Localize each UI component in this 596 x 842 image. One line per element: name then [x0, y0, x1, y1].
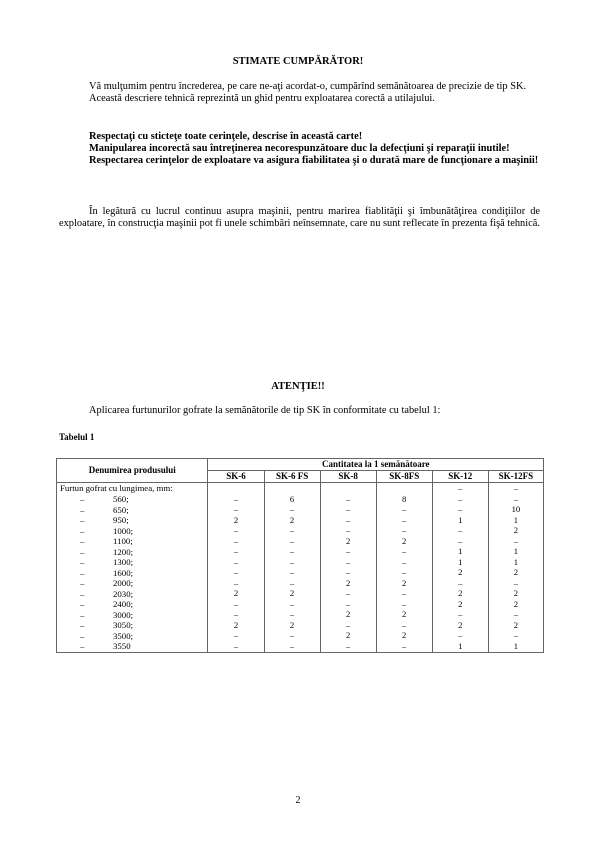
quantity-cell: 1 — [433, 515, 488, 526]
quantity-cell: – — [321, 504, 376, 515]
quantity-cell: – — [321, 546, 376, 557]
quantity-cell: 2 — [489, 599, 543, 610]
quantity-cell: 1 — [489, 515, 543, 526]
quantity-cell: – — [265, 599, 320, 610]
quantity-cell: 2 — [433, 588, 488, 599]
quantity-cell: – — [265, 557, 320, 568]
product-length-row: –1600; — [60, 568, 207, 579]
quantity-cell: 10 — [489, 504, 543, 515]
quantity-cell: – — [321, 557, 376, 568]
model-column-header: SK-12 — [432, 471, 488, 483]
quantity-cell: 1 — [433, 557, 488, 568]
quantity-cell: – — [265, 525, 320, 536]
warnings-section: Respectaţi cu sticteţe toate cerinţele, … — [59, 131, 540, 168]
quantity-cell: 2 — [377, 609, 432, 620]
attention-text: Aplicarea furtunurilor gofrate la semănă… — [59, 405, 540, 417]
model-column-header: SK-12FS — [488, 471, 543, 483]
quantity-column: ––––2–––2––2–2– — [320, 483, 376, 653]
quantity-cell: 1 — [489, 557, 543, 568]
quantity-cell: – — [265, 578, 320, 589]
quantity-cell: – — [321, 620, 376, 631]
quantity-cell: – — [265, 630, 320, 641]
quantity-cell: 1 — [489, 546, 543, 557]
product-length-row: –650; — [60, 505, 207, 516]
warning-paragraph: Manipularea incorectă sau întreţinerea n… — [59, 143, 540, 155]
quantity-cell: 2 — [321, 630, 376, 641]
quantity-cell: – — [265, 536, 320, 547]
quantity-cell: 2 — [489, 525, 543, 536]
hose-table: Denumirea produsului Cantitatea la 1 sem… — [56, 458, 544, 653]
quantity-cell: – — [377, 567, 432, 578]
quantity-cell: – — [208, 578, 263, 589]
quantity-cell: – — [433, 609, 488, 620]
quantity-cell: – — [377, 515, 432, 526]
quantity-cell: 2 — [489, 620, 543, 631]
warning-paragraph: Respectaţi cu sticteţe toate cerinţele, … — [59, 131, 540, 143]
quantity-cell: – — [377, 557, 432, 568]
quantity-cell: – — [489, 483, 543, 494]
quantity-column: ––1012–112–22–2–1 — [488, 483, 543, 653]
quantity-cell: – — [489, 630, 543, 641]
quantity-cell: – — [208, 599, 263, 610]
quantity-cell: 2 — [265, 588, 320, 599]
document-page: STIMATE CUMPĂRĂTOR! Vă mulţumim pentru î… — [0, 0, 596, 842]
product-length-row: –3050; — [60, 620, 207, 631]
quantity-cell: 2 — [321, 578, 376, 589]
quantity-cell: – — [321, 494, 376, 505]
quantity-cell: 2 — [377, 630, 432, 641]
product-length-row: –2400; — [60, 599, 207, 610]
quantity-cell: – — [321, 515, 376, 526]
quantity-cell: – — [208, 609, 263, 620]
quantity-cell: – — [433, 494, 488, 505]
quantity-cell: – — [321, 641, 376, 652]
attention-title: ATENŢIE!! — [0, 381, 596, 392]
warning-paragraph: Respectarea cerinţelor de exploatare va … — [59, 155, 540, 167]
notice-paragraph: În legătură cu lucrul continuu asupra ma… — [59, 206, 540, 230]
quantity-cell: – — [208, 567, 263, 578]
quantity-cell: – — [208, 557, 263, 568]
quantity-column: 8–––2–––2––2–2– — [376, 483, 432, 653]
quantity-cell: 2 — [265, 620, 320, 631]
quantity-cell: – — [321, 567, 376, 578]
quantity-cell: 2 — [433, 620, 488, 631]
quantity-cell: 2 — [489, 567, 543, 578]
quantity-cell: – — [433, 578, 488, 589]
quantity-cell: – — [377, 588, 432, 599]
quantity-cell: – — [265, 609, 320, 620]
page-number: 2 — [0, 795, 596, 806]
quantity-cell: – — [489, 578, 543, 589]
quantity-cell: – — [208, 504, 263, 515]
quantity-cell: 2 — [377, 578, 432, 589]
quantity-cell: – — [433, 536, 488, 547]
quantity-cell: 2 — [208, 515, 263, 526]
product-length-row: –3550 — [60, 641, 207, 652]
intro-paragraph: Această descriere tehnică reprezintă un … — [59, 93, 540, 105]
notice-section: În legătură cu lucrul continuu asupra ma… — [59, 206, 540, 230]
quantity-column: 6–2––––––2––2–– — [264, 483, 320, 653]
quantity-cell: – — [433, 504, 488, 515]
quantity-cell: – — [208, 536, 263, 547]
quantity-cell: 2 — [321, 609, 376, 620]
quantity-cell: – — [321, 525, 376, 536]
quantity-group-header: Cantitatea la 1 semănătoare — [208, 459, 544, 471]
quantity-cell: – — [265, 641, 320, 652]
quantity-cell: 2 — [321, 536, 376, 547]
product-length-row: –1200; — [60, 547, 207, 558]
quantity-column: ––2––––––2––2–– — [208, 483, 264, 653]
quantity-cell: 2 — [489, 588, 543, 599]
quantity-cell: 2 — [208, 588, 263, 599]
quantity-cell: 2 — [265, 515, 320, 526]
header-title: STIMATE CUMPĂRĂTOR! — [0, 56, 596, 67]
quantity-cell: – — [433, 525, 488, 536]
product-length-row: –3500; — [60, 631, 207, 642]
quantity-cell: – — [377, 546, 432, 557]
quantity-cell: – — [489, 494, 543, 505]
model-column-header: SK-6 — [208, 471, 264, 483]
model-column-header: SK-8 — [320, 471, 376, 483]
product-length-row: –2000; — [60, 578, 207, 589]
quantity-column: –––1––112–22–2–1 — [432, 483, 488, 653]
quantity-cell: 1 — [489, 641, 543, 652]
intro-section: Vă mulţumim pentru încrederea, pe care n… — [59, 81, 540, 105]
product-length-row: –950; — [60, 515, 207, 526]
quantity-cell: – — [208, 494, 263, 505]
quantity-cell: – — [208, 525, 263, 536]
product-length-row: –1100; — [60, 536, 207, 547]
intro-paragraph: Vă mulţumim pentru încrederea, pe care n… — [59, 81, 540, 93]
quantity-cell: – — [433, 630, 488, 641]
quantity-cell: – — [265, 567, 320, 578]
table-label: Tabelul 1 — [59, 432, 94, 442]
quantity-cell: – — [377, 504, 432, 515]
quantity-cell: – — [265, 504, 320, 515]
quantity-cell: 2 — [208, 620, 263, 631]
quantity-cell: 1 — [433, 641, 488, 652]
product-name-heading: Furtun gofrat cu lungimea, mm: — [60, 483, 207, 494]
product-length-row: –1000; — [60, 526, 207, 537]
product-length-row: –1300; — [60, 557, 207, 568]
product-length-row: –3000; — [60, 610, 207, 621]
quantity-cell: – — [489, 536, 543, 547]
quantity-cell: 2 — [433, 567, 488, 578]
quantity-cell: 1 — [433, 546, 488, 557]
model-column-header: SK-8FS — [376, 471, 432, 483]
quantity-cell: – — [489, 609, 543, 620]
quantity-cell: – — [377, 620, 432, 631]
model-column-header: SK-6 FS — [264, 471, 320, 483]
quantity-cell: – — [433, 483, 488, 494]
quantity-cell: – — [377, 599, 432, 610]
quantity-cell: 2 — [377, 536, 432, 547]
quantity-cell: 6 — [265, 494, 320, 505]
attention-section: Aplicarea furtunurilor gofrate la semănă… — [59, 405, 540, 417]
quantity-cell: 8 — [377, 494, 432, 505]
product-length-row: –560; — [60, 494, 207, 505]
quantity-cell: – — [321, 599, 376, 610]
product-length-row: –2030; — [60, 589, 207, 600]
quantity-cell: – — [377, 525, 432, 536]
quantity-cell: – — [321, 588, 376, 599]
quantity-cell: – — [265, 546, 320, 557]
quantity-cell: – — [208, 641, 263, 652]
product-column-header: Denumirea produsului — [57, 459, 208, 483]
quantity-cell: – — [377, 641, 432, 652]
quantity-cell: 2 — [433, 599, 488, 610]
quantity-cell: – — [208, 630, 263, 641]
quantity-cell: – — [208, 546, 263, 557]
product-names-cell: Furtun gofrat cu lungimea, mm:–560;–650;… — [57, 483, 208, 653]
